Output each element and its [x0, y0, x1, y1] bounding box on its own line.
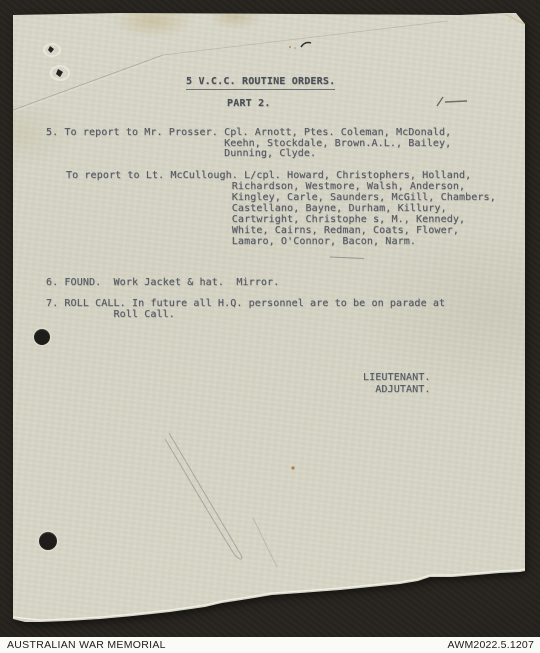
archive-name: AUSTRALIAN WAR MEMORIAL [7, 639, 166, 651]
crease-highlight [14, 57, 164, 112]
archive-caption-bar: AUSTRALIAN WAR MEMORIAL AWM2022.5.1207 [0, 637, 540, 653]
ink-speck-2 [294, 47, 296, 49]
pencil-scribble [165, 433, 242, 559]
bacon-underline-mark [330, 257, 364, 259]
pencil-tick-mark [437, 97, 443, 106]
staple-mark-2 [56, 69, 63, 77]
archive-scan-viewer: 5 V.C.C. ROUTINE ORDERS. PART 2. 5. To r… [0, 0, 540, 653]
catalog-number: AWM2022.5.1207 [448, 639, 534, 651]
crease-line-2 [163, 21, 448, 55]
torn-edge-highlight [13, 569, 525, 620]
pencil-dash-mark [445, 101, 467, 102]
crease-line [13, 55, 163, 110]
ink-squiggle [301, 43, 311, 48]
ink-speck-1 [289, 46, 291, 48]
corner-fold-edge [505, 14, 524, 24]
paper-marks-overlay [13, 13, 525, 623]
rust-fleck [291, 466, 294, 469]
pencil-scribble-2 [253, 518, 277, 567]
staple-mark-1 [48, 46, 54, 53]
document-page: 5 V.C.C. ROUTINE ORDERS. PART 2. 5. To r… [13, 13, 525, 623]
